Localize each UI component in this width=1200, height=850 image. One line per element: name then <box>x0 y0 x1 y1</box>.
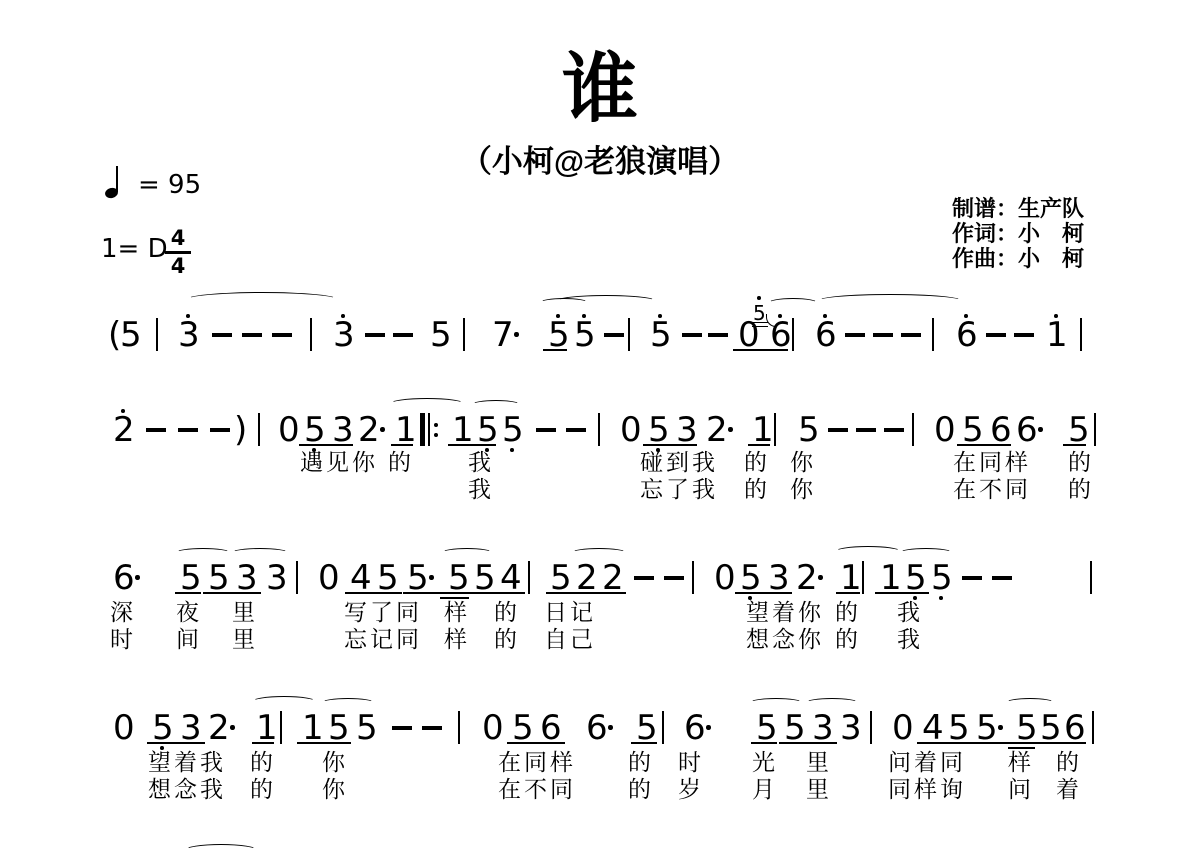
lyric-text: 里 <box>232 627 258 652</box>
augmentation-dot <box>608 725 613 730</box>
beam-line <box>751 742 777 744</box>
lyric-text: 在同样 <box>953 450 1031 475</box>
note: 5 <box>574 318 596 352</box>
lyric-text: 问着同 <box>888 750 966 775</box>
duration-dash <box>212 333 232 337</box>
note: 5 <box>328 711 350 745</box>
note: 1 <box>452 413 474 447</box>
note: 5 <box>636 711 658 745</box>
beam-line <box>403 592 525 594</box>
beam-line <box>391 444 413 446</box>
beam-line <box>345 592 402 594</box>
rest-note: 0 <box>934 413 956 447</box>
beam-line <box>917 742 973 744</box>
note: 5 <box>1068 413 1090 447</box>
beam-line <box>643 444 697 446</box>
lyric-text: 样 <box>444 600 470 625</box>
barline <box>1094 413 1096 446</box>
lyric-text: 的 <box>494 627 520 652</box>
note: 5 <box>407 561 429 595</box>
note: 6 <box>990 413 1012 447</box>
note: 2 <box>576 561 598 595</box>
lyric-text: 你 <box>322 750 348 775</box>
score-sheet: (533575550566612)0532115505321505665遇见你的… <box>0 0 1200 850</box>
beam-line <box>147 742 205 744</box>
note: 6 <box>586 711 608 745</box>
lyric-text: 在不同 <box>498 777 576 802</box>
lyric-text: 样 <box>444 627 470 652</box>
duration-dash <box>210 428 230 432</box>
duration-dash <box>828 428 848 432</box>
lyric-text: 我 <box>897 600 923 625</box>
note: 3 <box>180 711 202 745</box>
lyric-text: 样 <box>1008 750 1034 775</box>
beam-line <box>175 592 201 594</box>
beam-line <box>203 592 261 594</box>
lyric-text: 的 <box>628 777 654 802</box>
note: 5 <box>650 318 672 352</box>
note: 5 <box>512 711 534 745</box>
slur-tie <box>252 696 316 707</box>
grace-beam <box>752 322 768 323</box>
lyric-text: 我 <box>897 627 923 652</box>
slur-tie <box>322 698 374 707</box>
note: 5 <box>502 413 524 447</box>
note: 1 <box>395 413 417 447</box>
parenthesis: ) <box>234 413 247 447</box>
lyric-text: 的 <box>744 477 770 502</box>
octave-dot-high <box>757 296 761 300</box>
lyric-text: 的 <box>628 750 654 775</box>
lyric-text: 时 <box>110 627 136 652</box>
note: 5 <box>304 413 326 447</box>
barline <box>792 318 794 351</box>
octave-dot-high <box>778 314 782 318</box>
slur-tie <box>750 698 802 707</box>
augmentation-dot <box>706 725 711 730</box>
lyric-text: 的 <box>1068 477 1094 502</box>
note: 6 <box>1016 413 1038 447</box>
beam-line <box>957 444 1011 446</box>
beam-line <box>748 444 770 446</box>
note: 3 <box>840 711 862 745</box>
beam-line <box>631 742 657 744</box>
note: 5 <box>208 561 230 595</box>
lyric-text: 想念我 <box>148 777 226 802</box>
octave-dot-low <box>510 448 514 452</box>
lyric-text: 的 <box>835 600 861 625</box>
note: 3 <box>266 561 288 595</box>
note: 5 <box>377 561 399 595</box>
note: 1 <box>302 711 324 745</box>
repeat-sign <box>428 413 430 446</box>
note: 5 <box>152 711 174 745</box>
augmentation-dot <box>1038 427 1043 432</box>
octave-dot-high <box>964 314 968 318</box>
note: 5 <box>474 561 496 595</box>
note: 5 <box>477 413 499 447</box>
note: 1 <box>880 561 902 595</box>
barline <box>458 711 460 744</box>
note: 4 <box>500 561 522 595</box>
duration-dash <box>566 428 586 432</box>
lyric-text: 的 <box>1068 450 1094 475</box>
barline <box>310 318 312 351</box>
duration-dash <box>242 333 262 337</box>
duration-dash <box>901 333 921 337</box>
barline <box>258 413 260 446</box>
beam-line <box>252 742 274 744</box>
lyric-text: 问 <box>1008 777 1034 802</box>
octave-dot-high <box>341 314 345 318</box>
barline <box>628 318 630 351</box>
note: 3 <box>236 561 258 595</box>
lyric-text: 里 <box>232 600 258 625</box>
note: 5 <box>798 413 820 447</box>
beam-line <box>448 444 496 446</box>
note: 1 <box>840 561 862 595</box>
note: 2 <box>706 413 728 447</box>
beam-line <box>1063 444 1086 446</box>
duration-dash <box>884 428 904 432</box>
augmentation-dot <box>998 725 1003 730</box>
slur-tie <box>186 292 338 307</box>
lyric-text: 自己 <box>544 627 596 652</box>
note: 2 <box>358 413 380 447</box>
duration-dash <box>422 726 442 730</box>
note: 2 <box>796 561 818 595</box>
slur-tie <box>472 400 520 409</box>
note: 5 <box>548 318 570 352</box>
note: 5 <box>931 561 953 595</box>
beam-line <box>733 349 788 351</box>
note: 5 <box>962 413 984 447</box>
slur-tie <box>232 548 288 557</box>
slur-tie <box>900 548 952 557</box>
repeat-sign <box>434 433 438 437</box>
barline <box>662 711 664 744</box>
beam-line <box>543 349 567 351</box>
barline <box>1080 318 1082 351</box>
slur-tie <box>390 398 464 409</box>
rest-note: 0 <box>714 561 736 595</box>
note: 3 <box>676 413 698 447</box>
slur-tie <box>176 548 230 557</box>
duration-dash <box>634 576 654 580</box>
duration-dash <box>392 726 412 730</box>
duration-dash <box>1014 333 1034 337</box>
rest-note: 0 <box>318 561 340 595</box>
augmentation-dot <box>514 332 519 337</box>
octave-dot-high <box>658 314 662 318</box>
slur-tie <box>835 546 901 557</box>
note: 6 <box>113 561 135 595</box>
lyric-text: 望着你 <box>746 600 824 625</box>
octave-dot-high <box>556 314 560 318</box>
lyric-text: 望着我 <box>148 750 226 775</box>
lyric-text: 的 <box>250 777 276 802</box>
beam-line <box>779 742 837 744</box>
note: 5 <box>740 561 762 595</box>
barline <box>528 561 530 594</box>
duration-dash <box>365 333 385 337</box>
note: 1 <box>1046 318 1068 352</box>
note: 2 <box>208 711 230 745</box>
barline <box>692 561 694 594</box>
note: 5 <box>180 561 202 595</box>
lyric-text: 你 <box>790 450 816 475</box>
barline <box>870 711 872 744</box>
lyric-text: 着 <box>1056 777 1082 802</box>
lyric-text: 忘记同 <box>344 627 422 652</box>
lyric-text: 月 <box>752 777 778 802</box>
note: 1 <box>752 413 774 447</box>
barline <box>156 318 158 351</box>
lyric-text: 同样询 <box>888 777 966 802</box>
rest-note: 0 <box>892 711 914 745</box>
note: 3 <box>812 711 834 745</box>
slur-tie <box>1006 698 1054 707</box>
lyric-text: 忘了我 <box>640 477 718 502</box>
note: 6 <box>1064 711 1086 745</box>
lyric-text: 岁 <box>678 777 704 802</box>
slur-tie <box>556 295 656 307</box>
lyric-text: 里 <box>806 750 832 775</box>
lyric-text: 遇见你 <box>300 450 378 475</box>
note: 6 <box>684 711 706 745</box>
note: 6 <box>540 711 562 745</box>
rest-note: 0 <box>482 711 504 745</box>
slur-tie <box>572 548 626 557</box>
duration-dash <box>962 576 982 580</box>
note: 6 <box>815 318 837 352</box>
duration-dash <box>856 428 876 432</box>
barline <box>1092 711 1094 744</box>
lyric-text: 夜 <box>176 600 202 625</box>
note: 5 <box>448 561 470 595</box>
beam-line <box>299 444 353 446</box>
barline <box>296 561 298 594</box>
duration-dash <box>393 333 413 337</box>
note: 5 <box>120 318 142 352</box>
lyric-text: 日记 <box>544 600 596 625</box>
lyric-text: 深 <box>110 600 136 625</box>
slur-tie <box>817 294 963 308</box>
lyric-text: 想念你 <box>746 627 824 652</box>
barline <box>774 413 776 446</box>
rest-note: 0 <box>113 711 135 745</box>
lyric-text: 写了同 <box>344 600 422 625</box>
barline <box>912 413 914 446</box>
beam-line <box>971 742 1086 744</box>
barline <box>598 413 600 446</box>
barline <box>932 318 934 351</box>
beam-line <box>507 742 565 744</box>
augmentation-dot <box>728 427 733 432</box>
repeat-sign <box>434 423 438 427</box>
note: 5 <box>648 413 670 447</box>
duration-dash <box>146 428 166 432</box>
note: 3 <box>333 318 355 352</box>
barline <box>280 711 282 744</box>
lyric-text: 的 <box>388 450 414 475</box>
barline <box>1090 561 1092 594</box>
note: 6 <box>956 318 978 352</box>
note: 3 <box>178 318 200 352</box>
beam-line <box>735 592 792 594</box>
slur-tie <box>806 698 858 707</box>
octave-dot-high <box>823 314 827 318</box>
duration-dash <box>178 428 198 432</box>
lyric-text: 你 <box>790 477 816 502</box>
lyric-text: 我 <box>468 477 494 502</box>
slur-tie <box>442 548 492 557</box>
augmentation-dot <box>429 575 434 580</box>
duration-dash <box>986 333 1006 337</box>
augmentation-dot <box>380 427 385 432</box>
octave-dot-high <box>186 314 190 318</box>
augmentation-dot <box>818 575 823 580</box>
lyric-text: 的 <box>494 600 520 625</box>
lyric-text: 碰到我 <box>640 450 718 475</box>
lyric-text: 的 <box>835 627 861 652</box>
note: 2 <box>113 413 135 447</box>
beam-line <box>875 592 929 594</box>
note: 5 <box>784 711 806 745</box>
note: 7 <box>492 318 514 352</box>
duration-dash <box>604 333 624 337</box>
lyric-text: 间 <box>176 627 202 652</box>
lyric-text: 的 <box>1056 750 1082 775</box>
rest-note: 0 <box>620 413 642 447</box>
lyric-text: 光 <box>752 750 778 775</box>
beam-line <box>836 592 860 594</box>
lyric-text: 在同样 <box>498 750 576 775</box>
octave-dot-high <box>121 409 125 413</box>
barline <box>463 318 465 351</box>
lyric-text: 你 <box>322 777 348 802</box>
duration-dash <box>708 333 728 337</box>
note: 2 <box>602 561 624 595</box>
note: 5 <box>756 711 778 745</box>
duration-dash <box>682 333 702 337</box>
duration-dash <box>664 576 684 580</box>
octave-dot-low <box>939 596 943 600</box>
lyric-text: 里 <box>806 777 832 802</box>
slur-tie <box>185 844 257 850</box>
duration-dash <box>272 333 292 337</box>
octave-dot-high <box>1054 314 1058 318</box>
beam-line <box>546 592 626 594</box>
note: 5 <box>356 711 378 745</box>
note: 6 <box>770 318 792 352</box>
lyric-text: 在不同 <box>953 477 1031 502</box>
augmentation-dot <box>135 575 140 580</box>
note: 3 <box>768 561 790 595</box>
note: 5 <box>1016 711 1038 745</box>
repeat-sign <box>420 413 425 446</box>
lyric-text: 的 <box>250 750 276 775</box>
grace-beam <box>752 326 768 327</box>
augmentation-dot <box>230 725 235 730</box>
lyric-text: 的 <box>744 450 770 475</box>
rest-note: 0 <box>278 413 300 447</box>
note: 1 <box>256 711 278 745</box>
note: 4 <box>922 711 944 745</box>
duration-dash <box>845 333 865 337</box>
note: 5 <box>550 561 572 595</box>
duration-dash <box>536 428 556 432</box>
barline <box>862 561 864 594</box>
note: 5 <box>905 561 927 595</box>
beam-line <box>297 742 351 744</box>
note: 5 <box>948 711 970 745</box>
grace-note: 5 <box>753 303 766 323</box>
note: 5 <box>976 711 998 745</box>
note: 3 <box>332 413 354 447</box>
slur-tie <box>768 298 818 308</box>
lyric-text: 时 <box>678 750 704 775</box>
note: 5 <box>430 318 452 352</box>
octave-dot-high <box>582 314 586 318</box>
duration-dash <box>873 333 893 337</box>
duration-dash <box>992 576 1012 580</box>
note: 5 <box>1040 711 1062 745</box>
lyric-text: 我 <box>468 450 494 475</box>
note: 4 <box>350 561 372 595</box>
